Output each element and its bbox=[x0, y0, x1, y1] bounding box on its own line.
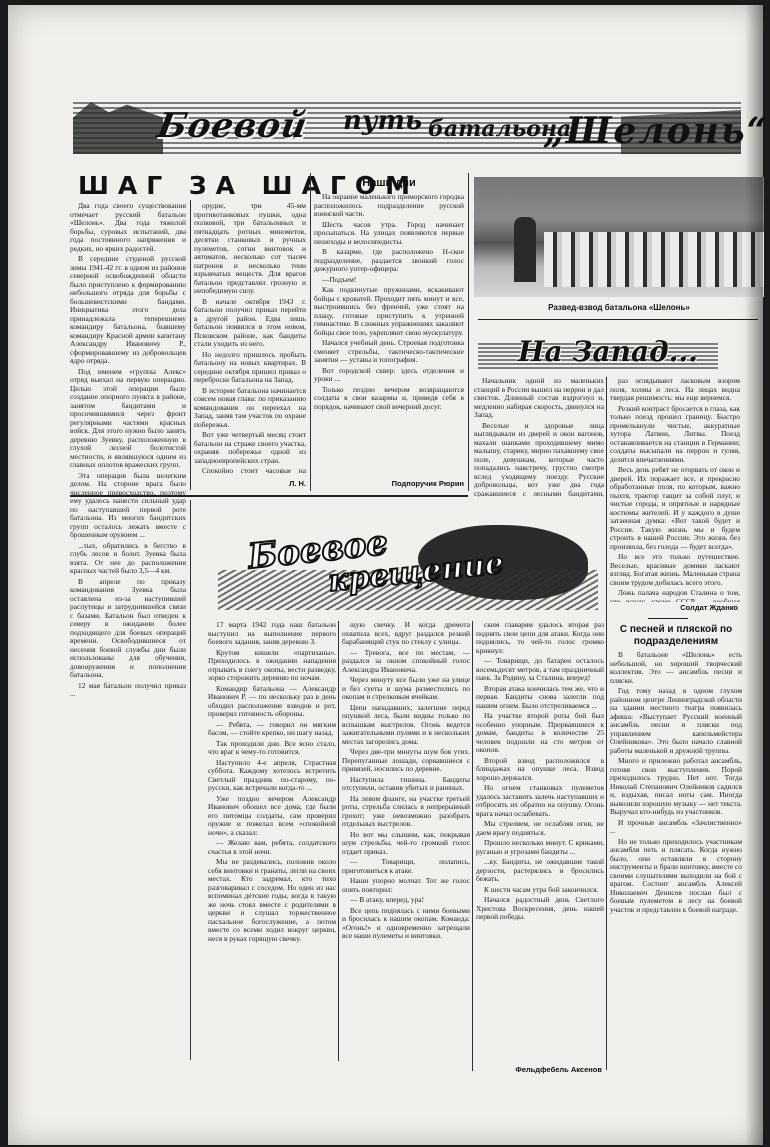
paragraph: Резкий контраст бросается в глаза, как т… bbox=[610, 405, 740, 465]
masthead-word-4: „Шелонь“ bbox=[543, 110, 769, 152]
masthead-banner: Боевой путь батальона „Шелонь“ bbox=[73, 102, 741, 154]
paragraph: В батальоне «Шелонь» есть небольшой, но … bbox=[610, 651, 742, 685]
signature-step: Л. Н. bbox=[194, 479, 306, 488]
paragraph: ...ку. Бандиты, не ожидавшие такой дерзо… bbox=[476, 858, 604, 884]
paragraph: Вот уже четвертый месяц стоит батальон н… bbox=[194, 431, 306, 465]
paragraph: В истории батальона начинается совсем но… bbox=[194, 387, 306, 430]
paragraph: Мы не раздевались, положив около себя ви… bbox=[208, 858, 336, 943]
paragraph: —Подъем! bbox=[314, 276, 464, 285]
paragraph: В начале октября 1943 г. батальон получи… bbox=[194, 298, 306, 349]
paragraph: Через минуту все были уже на улице и без… bbox=[342, 676, 470, 702]
paragraph: 17 марта 1942 года наш батальон выступил… bbox=[208, 621, 336, 647]
article-baptism-col2: щую свечку. И когда дремота охватила все… bbox=[342, 621, 470, 1061]
paragraph: Но огнем станковых пулеметов удалось зас… bbox=[476, 784, 604, 818]
column-rule bbox=[190, 200, 191, 490]
paragraph: Но все это только путешествие. Веселые, … bbox=[610, 553, 740, 587]
article-days-body: На окраине маленького приморского городк… bbox=[314, 193, 464, 478]
masthead-word-1: Боевой bbox=[154, 106, 310, 146]
article-step-col1: Два года своего существования отмечает р… bbox=[70, 202, 186, 1057]
paragraph: Начался радостный день Светлого Христова… bbox=[476, 896, 604, 922]
column-rule bbox=[468, 173, 469, 491]
paragraph: Через две-три минуты шум боя утих. Переп… bbox=[342, 748, 470, 774]
paragraph: Но не только приходилось участникам анса… bbox=[610, 838, 742, 915]
article-step-col2: орудие, три 45-мм противотанковых пушки,… bbox=[194, 202, 306, 477]
paragraph: Эта операция была нелегким делом. На сто… bbox=[70, 472, 186, 540]
paragraph: Начался учебный день. Строевая подготовк… bbox=[314, 339, 464, 365]
article-baptism-col3: ским главарям удалось вторая раз поднять… bbox=[476, 621, 604, 1061]
paragraph: К шести часам утра бой закончился. bbox=[476, 886, 604, 895]
signature-west: Солдат Жданко bbox=[610, 603, 738, 612]
masthead-word-2: путь bbox=[343, 106, 422, 136]
paragraph: — Тревога, все по местам, — раздался за … bbox=[342, 649, 470, 675]
photo-soldiers-row bbox=[544, 232, 764, 287]
paragraph: Два года своего существования отмечает р… bbox=[70, 202, 186, 253]
paragraph: В апреле по приказу командования Зуевка … bbox=[70, 578, 186, 680]
column-rule bbox=[338, 621, 339, 1061]
paragraph: — Товарищи, полапись, приготовиться к ат… bbox=[342, 858, 470, 875]
paragraph: В середине студеной русской зимы 1941-42… bbox=[70, 255, 186, 366]
headline-baptism-banner: Боевое крещение bbox=[218, 510, 598, 620]
headline-to-the-west: На Запад... bbox=[518, 335, 698, 368]
paragraph: В казарме, где расположено Н-ское подраз… bbox=[314, 248, 464, 274]
column-rule bbox=[310, 173, 311, 491]
paragraph: Мы стреляем, не ослабляя огня, не даем в… bbox=[476, 820, 604, 837]
paragraph: щую свечку. И когда дремота охватила все… bbox=[342, 621, 470, 647]
newspaper-page: Боевой путь батальона „Шелонь“ ШАГ ЗА ША… bbox=[8, 5, 763, 1145]
paragraph: Прошло несколько минут. С криками, руган… bbox=[476, 839, 604, 856]
paragraph: Цепи нападавших, залегшие перед опушкой … bbox=[342, 704, 470, 747]
column-rule bbox=[190, 500, 191, 1060]
photo-caption: Развед-взвод батальона «Шелонь» bbox=[474, 303, 764, 312]
paragraph: ским главарям удалось вторая раз поднять… bbox=[476, 621, 604, 655]
paragraph: Наступило 4-е апреля, Страстная суббота.… bbox=[208, 759, 336, 793]
paragraph: И прочные ансамбль «Зачлиственно» ... bbox=[610, 819, 742, 836]
paragraph: Под именем «группы Алекс» отряд выехал н… bbox=[70, 368, 186, 470]
paragraph: — Товарищи, до батареи осталось восемьде… bbox=[476, 657, 604, 683]
paragraph: Веселые и здоровые лица выглядывали из д… bbox=[474, 422, 604, 498]
photo-commander-figure bbox=[514, 217, 536, 282]
headline-song-and-dance: С песней и пляской по подразделениям bbox=[610, 624, 742, 648]
paragraph: Вторая атака кончилась тем же, что и пер… bbox=[476, 685, 604, 711]
paragraph: — Желаю вам, ребята, солдатского счастья… bbox=[208, 839, 336, 856]
paragraph: Год тому назад в одном глухом районном ц… bbox=[610, 687, 742, 755]
paragraph: Наши упорно молчат. Тот же голос опять п… bbox=[342, 877, 470, 894]
paragraph: Вот городской сквер: здесь отделения и у… bbox=[314, 367, 464, 384]
section-rule bbox=[70, 495, 468, 497]
section-rule bbox=[648, 618, 688, 619]
paragraph: Как подкинутые пружинами, вскакивают бой… bbox=[314, 286, 464, 337]
headline-our-days: Наши дни bbox=[314, 177, 464, 189]
paragraph: Только поздно вечером возвращаются солда… bbox=[314, 386, 464, 412]
paragraph: Но вот мы слышим, как, покрывая шум стре… bbox=[342, 831, 470, 857]
paragraph: Но недолго пришлось пробыть батальону на… bbox=[194, 351, 306, 385]
column-rule bbox=[606, 615, 607, 1070]
paragraph: орудие, три 45-мм противотанковых пушки,… bbox=[194, 202, 306, 296]
paragraph: — В атаку, вперед, ура! bbox=[342, 896, 470, 905]
paragraph: Все цепь поднялась с ними боевыми и брос… bbox=[342, 907, 470, 941]
article-baptism-col1: 17 марта 1942 года наш батальон выступил… bbox=[208, 621, 336, 1061]
paragraph: Много и прилежно работал ансамбль, готов… bbox=[610, 757, 742, 817]
signature-days: Подпоручик Рюрин bbox=[314, 479, 464, 488]
paragraph: Начальник одной из маленьких станций в Р… bbox=[474, 377, 604, 420]
paragraph: Второй взвод расположился в блиндажах на… bbox=[476, 757, 604, 783]
paragraph: ...тых, обратились в бегство в глубь лес… bbox=[70, 542, 186, 576]
paragraph: Так проходили дни. Все ясно стало, что в… bbox=[208, 740, 336, 757]
photo-recon-platoon bbox=[474, 177, 764, 297]
paragraph: Спокойно стоит часовые на своих постах, … bbox=[194, 467, 306, 477]
paragraph: Наступила тишина. Бандиты отступили, ост… bbox=[342, 776, 470, 793]
paragraph: На окраине маленького приморского городк… bbox=[314, 193, 464, 219]
section-rule bbox=[478, 319, 758, 320]
paragraph: Ложь палача народов Сталина о том, что в… bbox=[610, 589, 740, 602]
paragraph: На участке второй роты бой был особенно … bbox=[476, 712, 604, 755]
paragraph: Шесть часов утра. Город начинает просыпа… bbox=[314, 221, 464, 247]
paragraph: Весь день ребят не оторвать от окон и дв… bbox=[610, 466, 740, 551]
paragraph: — Ребята, — говорил он мягким басом, — с… bbox=[208, 721, 336, 738]
paragraph: На левом фланге, на участке третьей роты… bbox=[342, 795, 470, 829]
paragraph: 12 мая батальон получил приказ ... bbox=[70, 682, 186, 699]
headline-to-the-west-banner: На Запад... bbox=[478, 335, 718, 375]
paragraph: Уже поздно вечером Александр Иванович об… bbox=[208, 795, 336, 838]
paragraph: раз оглядывают ласковым взором поля, хол… bbox=[610, 377, 740, 403]
column-rule bbox=[472, 621, 473, 1071]
paragraph: Командир батальона — Александр Иванович … bbox=[208, 685, 336, 719]
article-west-col2: раз оглядывают ласковым взором поля, хол… bbox=[610, 377, 740, 602]
paragraph: Крутом кишели «партизаны». Приходилось в… bbox=[208, 649, 336, 683]
article-west-col1: Начальник одной из маленьких станций в Р… bbox=[474, 377, 604, 497]
article-song-body: В батальоне «Шелонь» есть небольшой, но … bbox=[610, 651, 742, 1061]
signature-baptism: Фельдфебель Аксенов bbox=[476, 1065, 602, 1074]
